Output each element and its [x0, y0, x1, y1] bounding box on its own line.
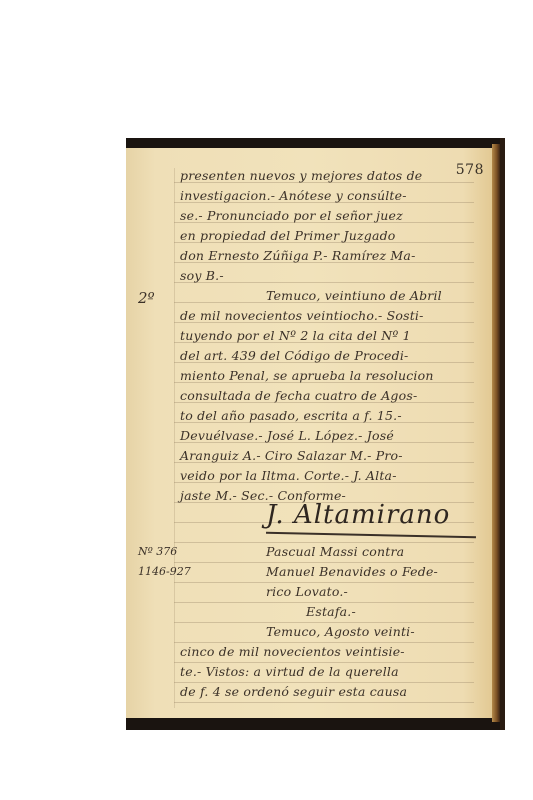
ruled-line: [174, 542, 474, 543]
scanned-ledger-page: 578 presenten nuevos y mejores datos de …: [126, 138, 505, 730]
text-line: Estafa.-: [306, 604, 356, 619]
text-line: cinco de mil novecientos veintisie-: [180, 644, 405, 659]
text-line: de mil novecientos veintiocho.- Sosti-: [180, 308, 424, 323]
ruled-line: [174, 562, 474, 563]
text-line: Aranguiz A.- Ciro Salazar M.- Pro-: [180, 448, 403, 463]
text-line: te.- Vistos: a virtud de la querella: [180, 664, 399, 679]
ruled-line: [174, 622, 474, 623]
page-number: 578: [456, 162, 484, 178]
text-line: en propiedad del Primer Juzgado: [180, 228, 396, 243]
ruled-line: [174, 682, 474, 683]
case-number: Nº 376: [138, 545, 177, 558]
margin-line: [174, 168, 175, 708]
paper-sheet: 578 presenten nuevos y mejores datos de …: [126, 148, 492, 718]
text-line: investigacion.- Anótese y consúlte-: [180, 188, 407, 203]
text-line: Manuel Benavides o Fede-: [266, 564, 438, 579]
text-line: don Ernesto Zúñiga P.- Ramírez Ma-: [180, 248, 416, 263]
text-line: Temuco, veintiuno de Abril: [266, 288, 442, 303]
text-line: de f. 4 se ordenó seguir esta causa: [180, 684, 407, 699]
text-line: rico Lovato.-: [266, 584, 348, 599]
case-reference: 1146-927: [138, 565, 191, 578]
ruled-line: [174, 602, 474, 603]
page-edge: [492, 144, 500, 722]
ruled-line: [174, 662, 474, 663]
ruled-line: [174, 702, 474, 703]
text-line: se.- Pronunciado por el señor juez: [180, 208, 403, 223]
text-line: to del año pasado, escrita a f. 15.-: [180, 408, 402, 423]
text-line: del art. 439 del Código de Procedi-: [180, 348, 408, 363]
text-line: tuyendo por el Nº 2 la cita del Nº 1: [180, 328, 411, 343]
text-line: presenten nuevos y mejores datos de: [180, 168, 422, 183]
text-line: Pascual Massi contra: [266, 544, 404, 559]
margin-label-2: 2º: [138, 289, 155, 307]
text-line: soy B.-: [180, 268, 224, 283]
text-line: miento Penal, se aprueba la resolucion: [180, 368, 434, 383]
binding-shadow: [500, 138, 505, 730]
text-line: Temuco, Agosto veinti-: [266, 624, 415, 639]
text-line: consultada de fecha cuatro de Agos-: [180, 388, 417, 403]
text-line: Devuélvase.- José L. López.- José: [180, 428, 394, 443]
signature-underline: [266, 532, 476, 538]
handwritten-signature: J. Altamirano: [266, 500, 450, 530]
text-line: veido por la Iltma. Corte.- J. Alta-: [180, 468, 397, 483]
ruled-line: [174, 642, 474, 643]
ruled-line: [174, 582, 474, 583]
